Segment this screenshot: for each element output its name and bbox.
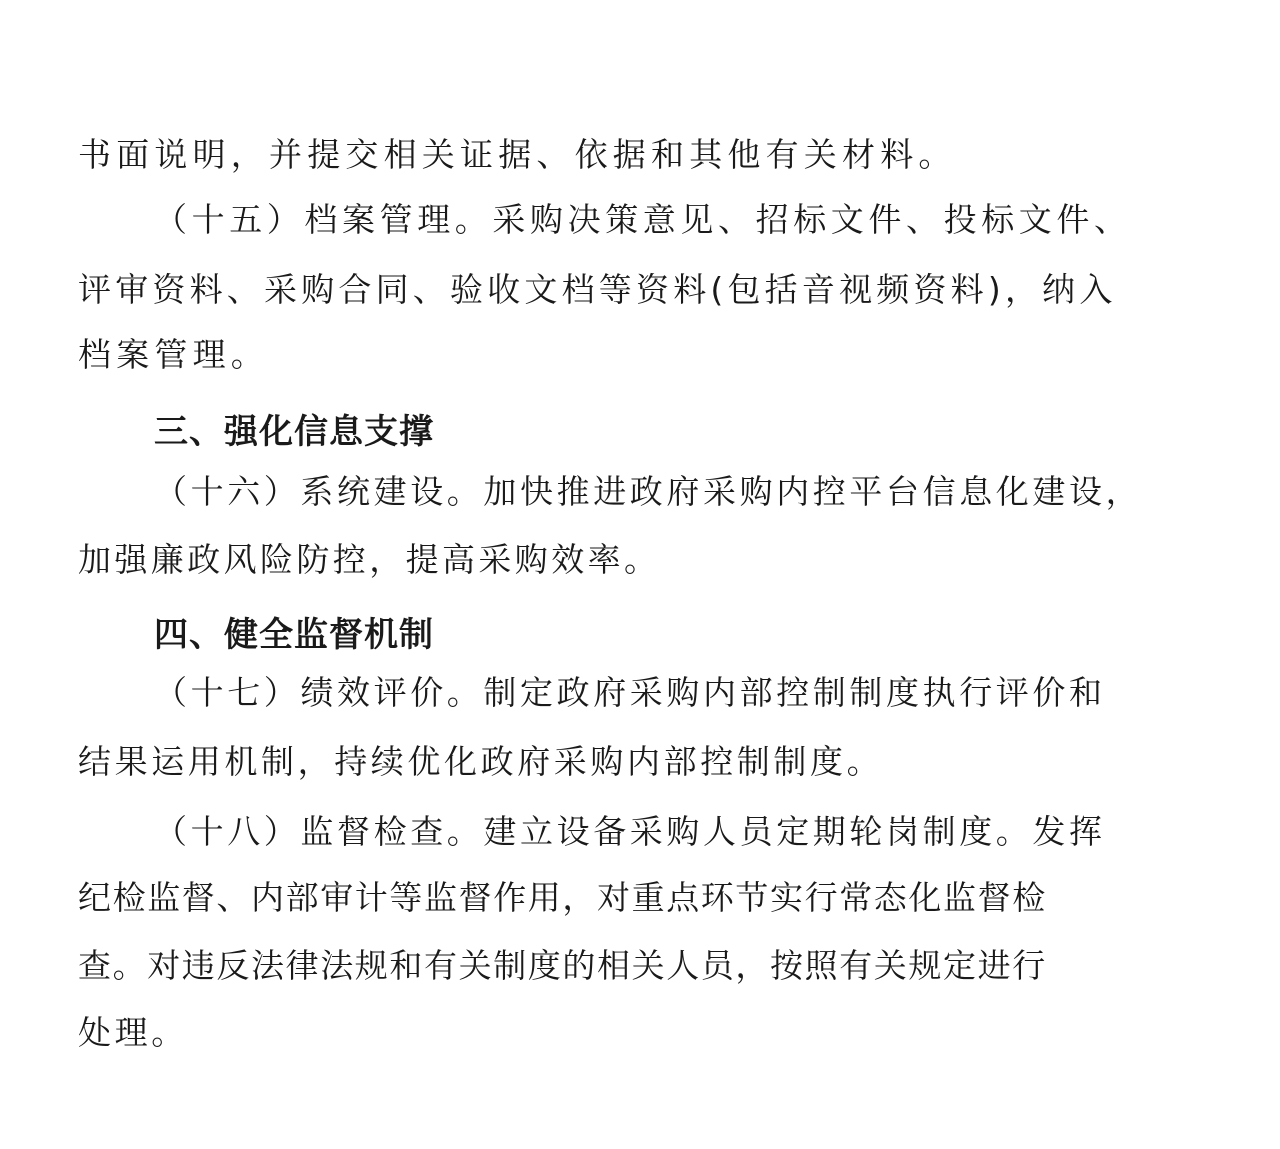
paragraph-line: 纪检监督、内部审计等监督作用，对重点环节实行常态化监督检: [78, 878, 1047, 918]
paragraph-line: 结果运用机制，持续优化政府采购内部控制制度。: [78, 742, 883, 782]
section-heading-4: 四、健全监督机制: [154, 615, 434, 655]
paragraph-line: 档案管理。: [78, 335, 269, 375]
section-heading-3: 三、强化信息支撑: [154, 412, 434, 452]
paragraph-line: 评审资料、采购合同、验收文档等资料(包括音视频资料)，纳入: [78, 270, 1117, 310]
paragraph-line: 加强廉政风险防控，提高采购效率。: [78, 540, 660, 580]
paragraph-line: 查。对违反法律法规和有关制度的相关人员，按照有关规定进行: [78, 946, 1047, 986]
paragraph-line-section-17: （十七）绩效评价。制定政府采购内部控制制度执行评价和: [154, 673, 1106, 713]
paragraph-line: 书面说明，并提交相关证据、依据和其他有关材料。: [78, 135, 957, 175]
paragraph-line-section-18: （十八）监督检查。建立设备采购人员定期轮岗制度。发挥: [154, 812, 1106, 852]
paragraph-line-section-15: （十五）档案管理。采购决策意见、招标文件、投标文件、: [154, 200, 1132, 240]
paragraph-line-section-16: （十六）系统建设。加快推进政府采购内控平台信息化建设，: [154, 472, 1142, 512]
paragraph-line: 处理。: [78, 1013, 188, 1053]
